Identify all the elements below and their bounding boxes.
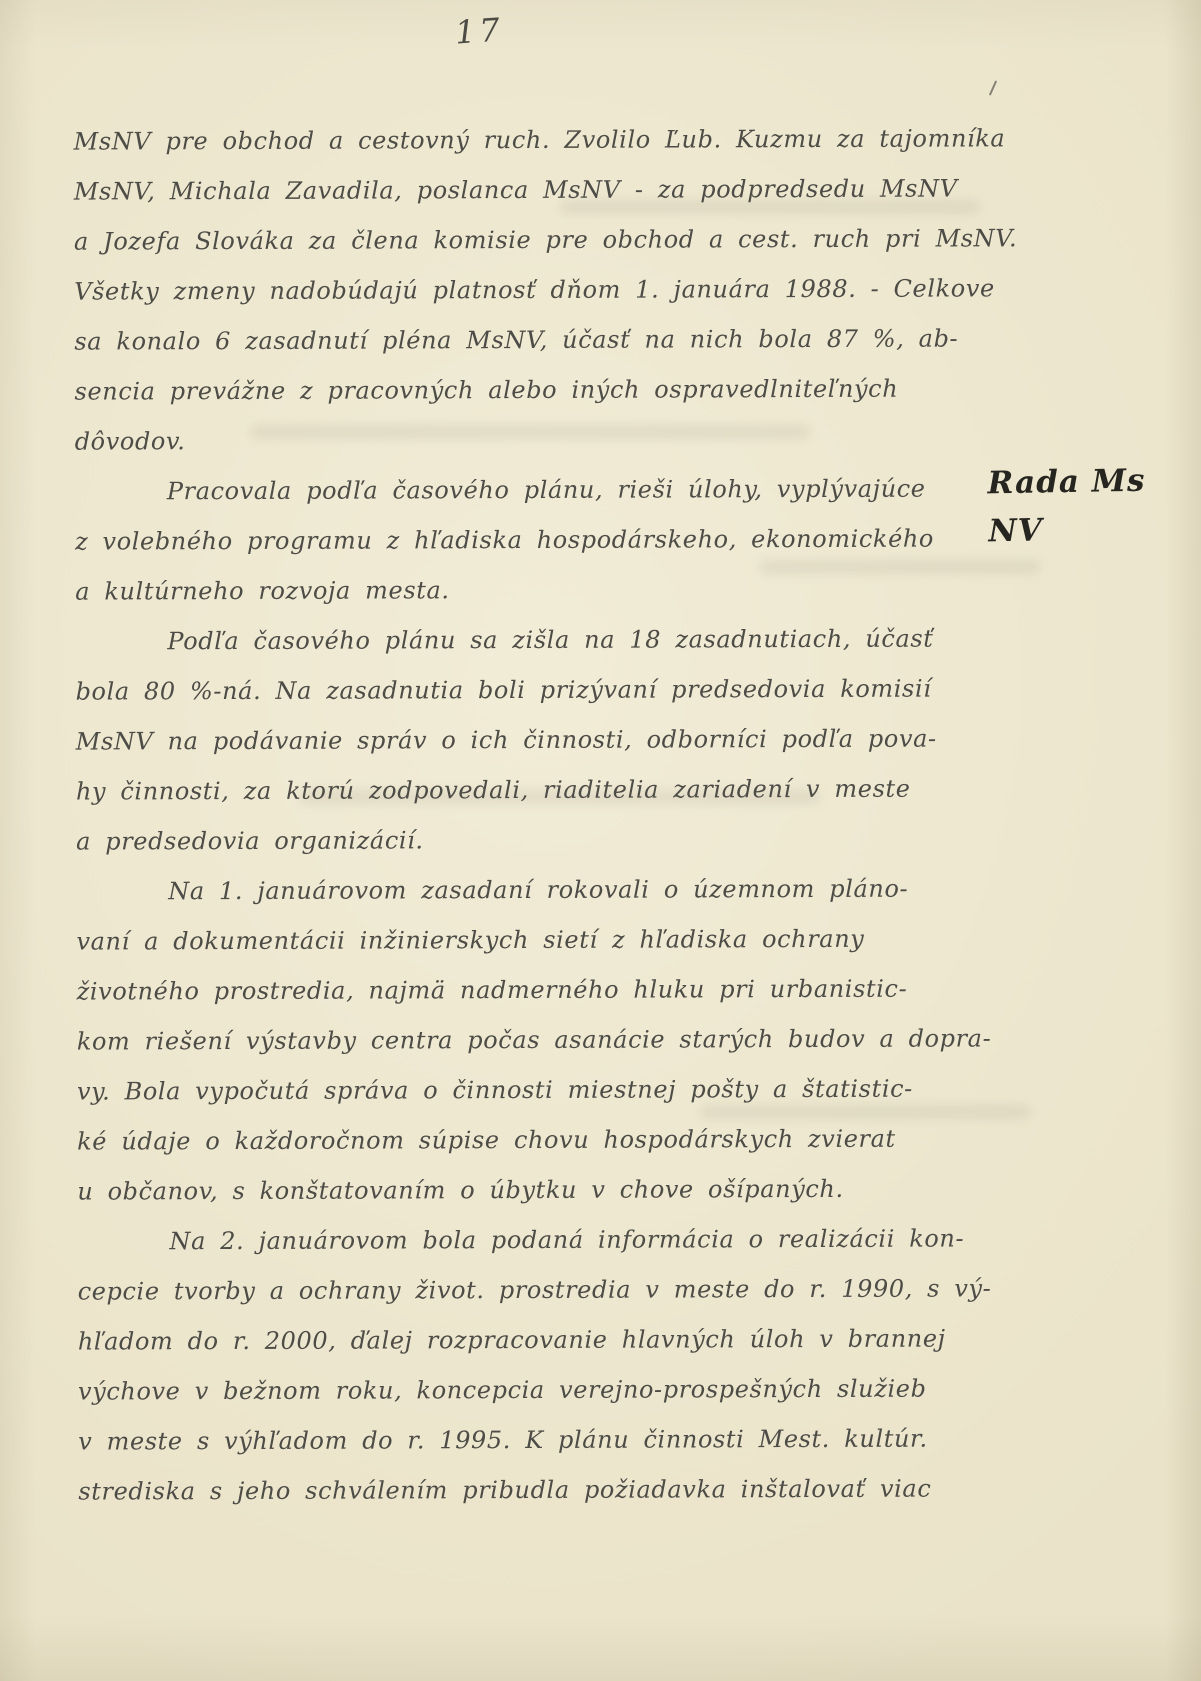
margin-note-line1: Rada Ms [987,457,1146,508]
text-line: bola 80 %-ná. Na zasadnutia boli prizýva… [75,663,970,716]
text-line: vaní a dokumentácii inžinierskych sietí … [76,913,971,966]
text-line: a kultúrneho rozvoja mesta. [75,563,970,616]
text-line: Podľa časového plánu sa zišla na 18 zasa… [75,613,970,666]
page-number: 17 [454,10,505,51]
chronicle-page: 17 MsNV pre obchod a cestovný ruch. Zvol… [0,0,1201,1681]
text-line: Na 1. januárovom zasadaní rokovali o úze… [76,863,971,916]
text-line: MsNV pre obchod a cestovný ruch. Zvolilo… [74,113,969,166]
text-line: strediska s jeho schválením pribudla pož… [78,1463,973,1516]
text-line: a Jozefa Slováka za člena komisie pre ob… [74,213,969,266]
text-line: MsNV na podávanie správ o ich činnosti, … [76,713,971,766]
text-line: dôvodov. [75,413,970,466]
text-line: hľadom do r. 2000, ďalej rozpracovanie h… [78,1313,973,1366]
margin-note: Rada Ms NV [987,457,1147,556]
text-line: sa konalo 6 zasadnutí pléna MsNV, účasť … [74,313,969,366]
text-line: výchove v bežnom roku, koncepcia verejno… [78,1363,973,1416]
text-line: Pracovala podľa časového plánu, rieši úl… [75,463,970,516]
text-line: z volebného programu z hľadiska hospodár… [75,513,970,566]
stray-ink-mark [989,80,997,95]
text-line: Všetky zmeny nadobúdajú platnosť dňom 1.… [74,263,969,316]
text-line: ké údaje o každoročnom súpise chovu hosp… [77,1113,972,1166]
margin-note-line2: NV [988,505,1147,556]
text-line: v meste s výhľadom do r. 1995. K plánu č… [78,1413,973,1466]
text-line: životného prostredia, najmä nadmerného h… [77,963,972,1016]
text-line: hy činnosti, za ktorú zodpovedali, riadi… [76,763,971,816]
manuscript-text: MsNV pre obchod a cestovný ruch. Zvolilo… [74,113,974,1516]
text-line: vy. Bola vypočutá správa o činnosti mies… [77,1063,972,1116]
text-line: Na 2. januárovom bola podaná informácia … [77,1213,972,1266]
text-line: kom riešení výstavby centra počas asanác… [77,1013,972,1066]
text-line: MsNV, Michala Zavadila, poslanca MsNV - … [74,163,969,216]
text-line: sencia prevážne z pracovných alebo iných… [74,363,969,416]
text-line: u občanov, s konštatovaním o úbytku v ch… [77,1163,972,1216]
text-line: a predsedovia organizácií. [76,813,971,866]
text-line: cepcie tvorby a ochrany život. prostredi… [78,1263,973,1316]
